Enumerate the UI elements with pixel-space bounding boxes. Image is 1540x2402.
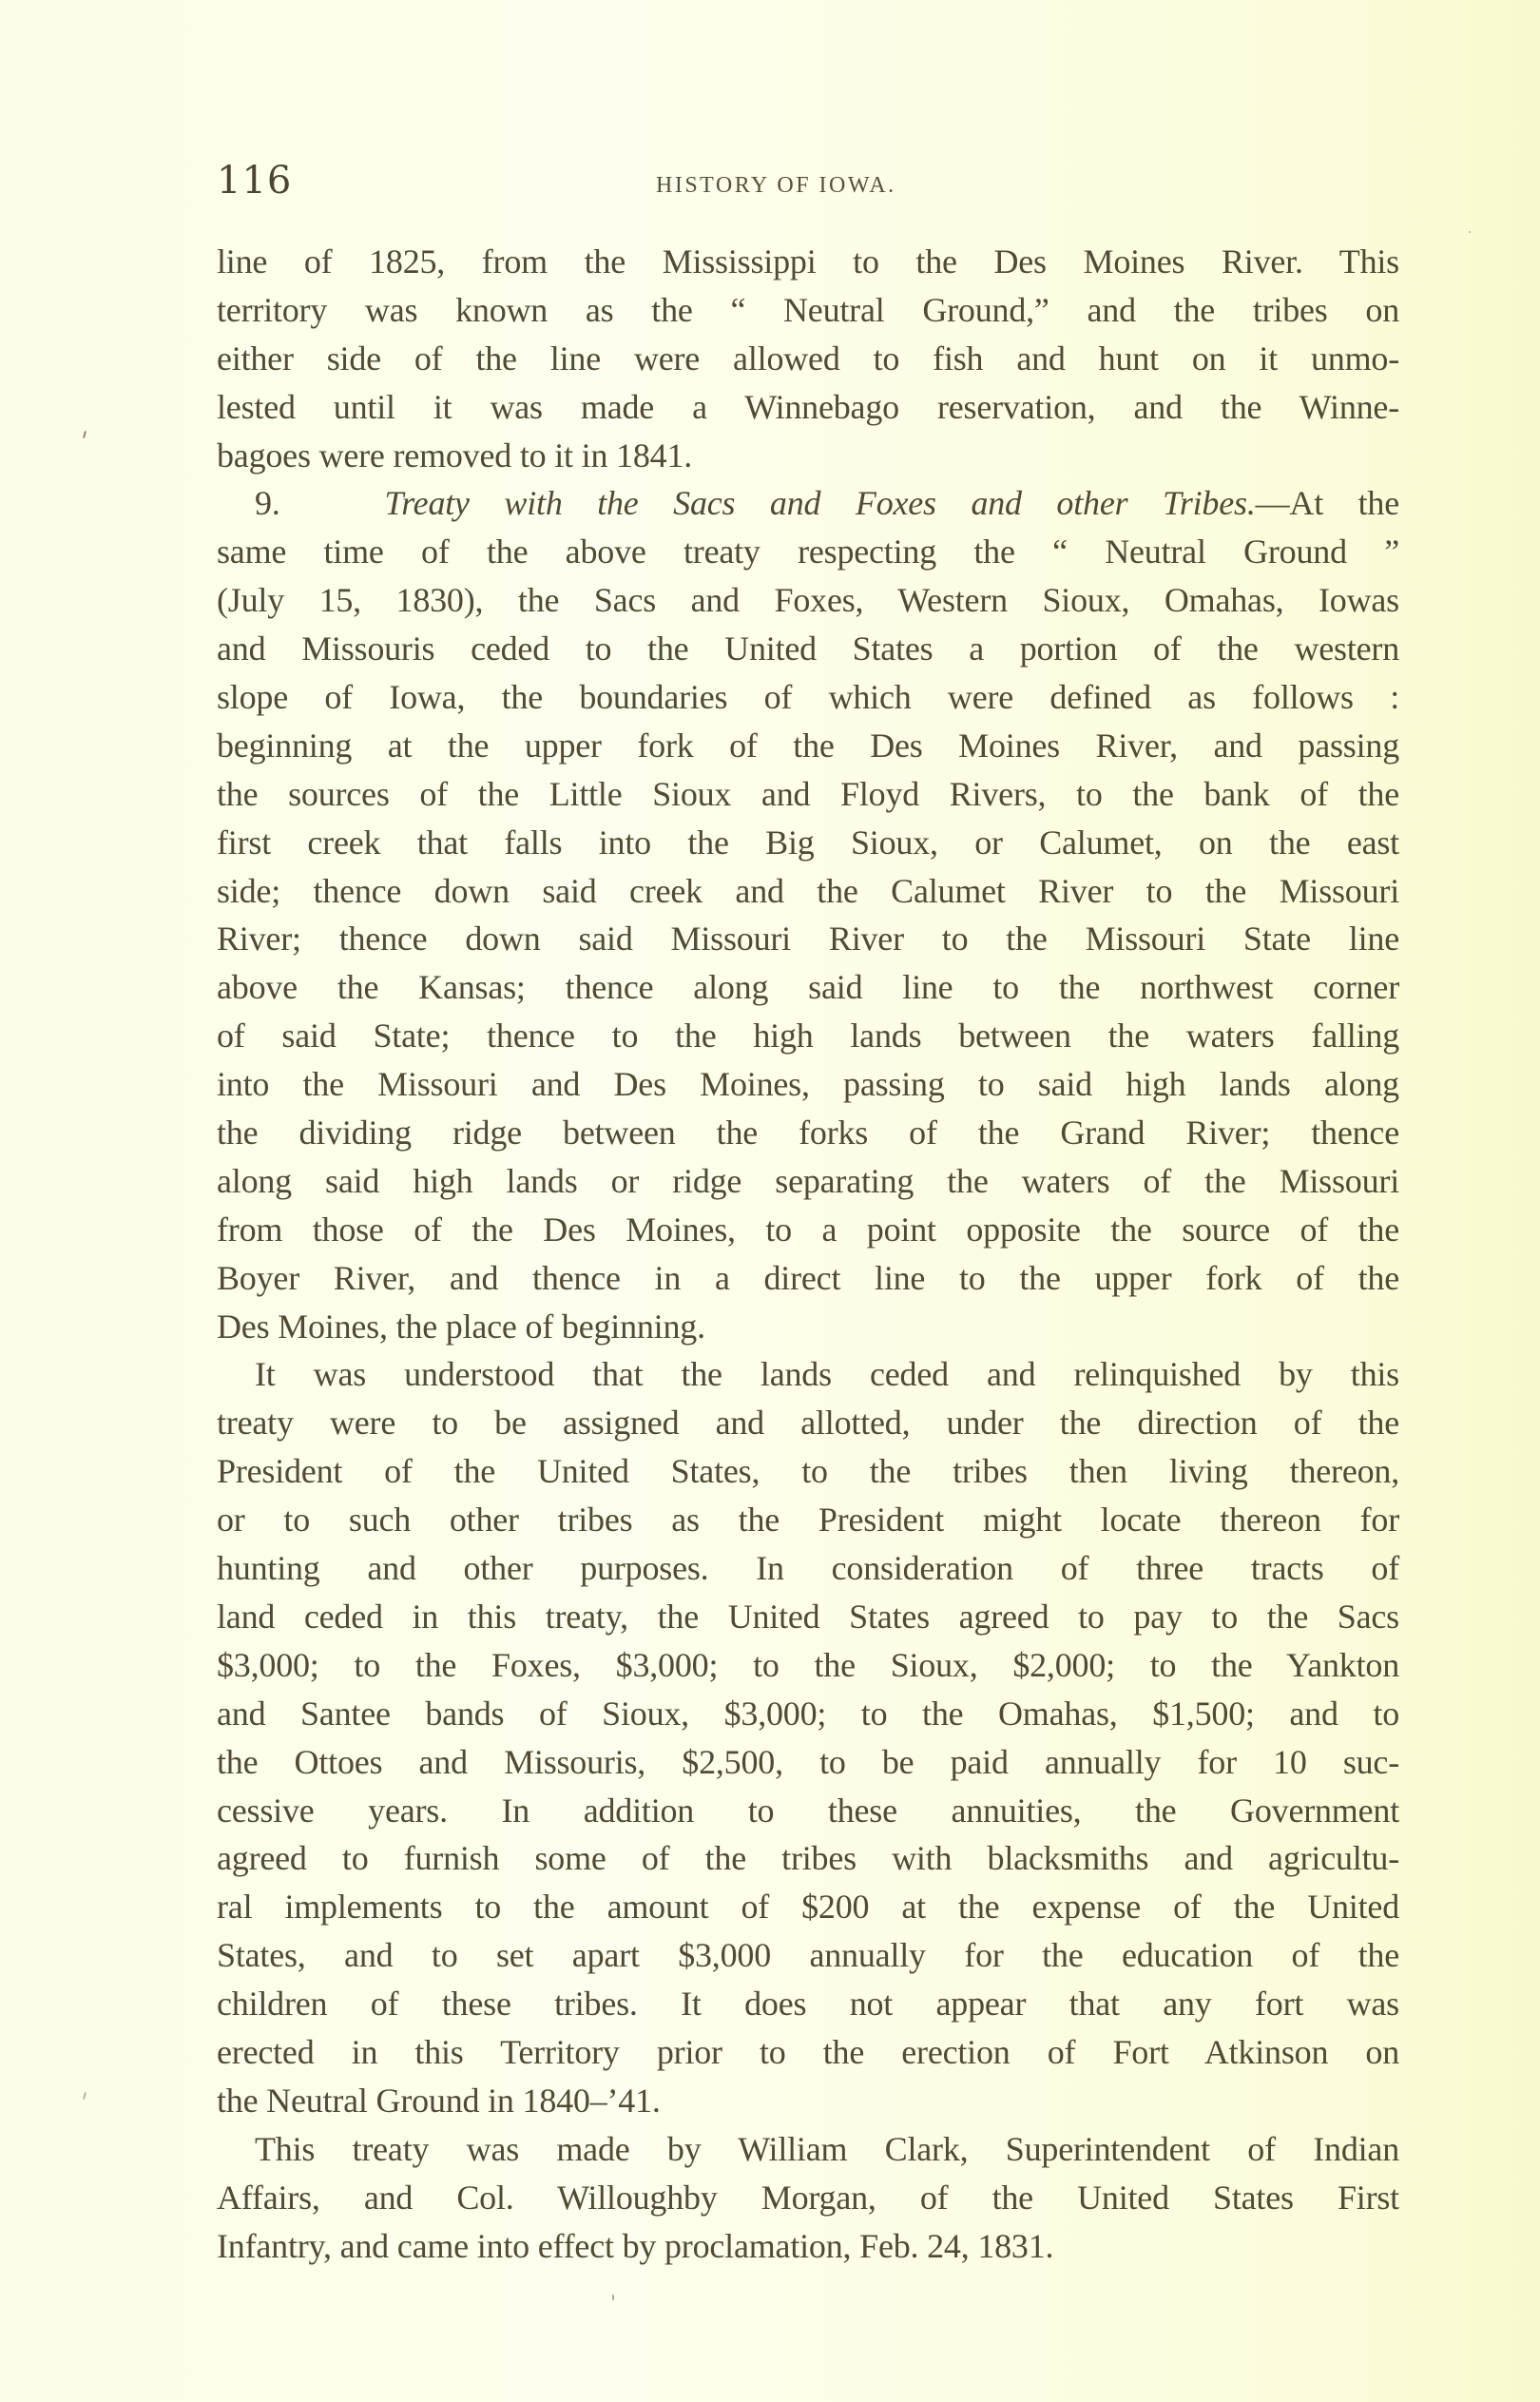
text-line: bagoes were removed to it in 1841. <box>217 432 1399 480</box>
text-fragment: —At the <box>1256 484 1399 522</box>
text-line: the Neutral Ground in 1840–’41. <box>217 2077 1399 2125</box>
text-line: along said high lands or ridge separatin… <box>217 1157 1399 1206</box>
text-line: from those of the Des Moines, to a point… <box>217 1206 1399 1254</box>
text-line: the Ottoes and Missouris, $2,500, to be … <box>217 1738 1399 1787</box>
text-line: same time of the above treaty respecting… <box>217 528 1399 576</box>
text-line: It was understood that the lands ceded a… <box>217 1350 1399 1399</box>
text-line: of said State; thence to the high lands … <box>217 1012 1399 1060</box>
text-line: hunting and other purposes. In considera… <box>217 1544 1399 1593</box>
text-line: land ceded in this treaty, the United St… <box>217 1593 1399 1641</box>
text-line: States, and to set apart $3,000 annually… <box>217 1931 1399 1980</box>
text-line: Affairs, and Col. Willoughby Morgan, of … <box>217 2174 1399 2222</box>
section-heading-line: 9. Treaty with the Sacs and Foxes and ot… <box>217 479 1399 528</box>
text-line: Des Moines, the place of beginning. <box>217 1303 1399 1351</box>
text-line: $3,000; to the Foxes, $3,000; to the Sio… <box>217 1641 1399 1690</box>
scan-mark <box>1469 231 1471 233</box>
scan-mark <box>612 2295 614 2300</box>
text-line: treaty were to be assigned and allotted,… <box>217 1399 1399 1447</box>
text-line: into the Missouri and Des Moines, passin… <box>217 1060 1399 1109</box>
text-line: lested until it was made a Winnebago res… <box>217 383 1399 432</box>
text-line: children of these tribes. It does not ap… <box>217 1980 1399 2028</box>
text-line: the sources of the Little Sioux and Floy… <box>217 770 1399 819</box>
text-line: River; thence down said Missouri River t… <box>217 915 1399 963</box>
text-line: territory was known as the “ Neutral Gro… <box>217 286 1399 335</box>
section-title: Treaty with the Sacs and Foxes and other… <box>384 484 1255 522</box>
text-line: beginning at the upper fork of the Des M… <box>217 722 1399 770</box>
text-line: This treaty was made by William Clark, S… <box>217 2125 1399 2174</box>
scan-mark <box>83 431 87 438</box>
running-head: 116 HISTORY OF IOWA. <box>217 160 1399 202</box>
text-line: (July 15, 1830), the Sacs and Foxes, Wes… <box>217 576 1399 625</box>
scan-mark <box>83 2092 87 2100</box>
text-line: Boyer River, and thence in a direct line… <box>217 1254 1399 1303</box>
text-line: slope of Iowa, the boundaries of which w… <box>217 673 1399 722</box>
running-title: HISTORY OF IOWA. <box>656 171 896 200</box>
text-line: agreed to furnish some of the tribes wit… <box>217 1834 1399 1883</box>
text-line: side; thence down said creek and the Cal… <box>217 867 1399 916</box>
section-number: 9. <box>255 484 280 522</box>
text-line: cessive years. In addition to these annu… <box>217 1787 1399 1835</box>
text-line: first creek that falls into the Big Siou… <box>217 819 1399 867</box>
body-text: line of 1825, from the Mississippi to th… <box>217 238 1399 2270</box>
text-line: above the Kansas; thence along said line… <box>217 963 1399 1012</box>
text-line: the dividing ridge between the forks of … <box>217 1109 1399 1157</box>
text-line: or to such other tribes as the President… <box>217 1496 1399 1544</box>
text-line: and Missouris ceded to the United States… <box>217 625 1399 673</box>
text-line: erected in this Territory prior to the e… <box>217 2028 1399 2077</box>
text-line: and Santee bands of Sioux, $3,000; to th… <box>217 1690 1399 1738</box>
text-line: line of 1825, from the Mississippi to th… <box>217 238 1399 286</box>
text-line: President of the United States, to the t… <box>217 1447 1399 1496</box>
text-line: ral implements to the amount of $200 at … <box>217 1883 1399 1931</box>
text-line: Infantry, and came into effect by procla… <box>217 2222 1399 2271</box>
text-line: either side of the line were allowed to … <box>217 335 1399 383</box>
book-page: 116 HISTORY OF IOWA. line of 1825, from … <box>0 0 1540 2402</box>
page-number: 116 <box>217 160 292 202</box>
